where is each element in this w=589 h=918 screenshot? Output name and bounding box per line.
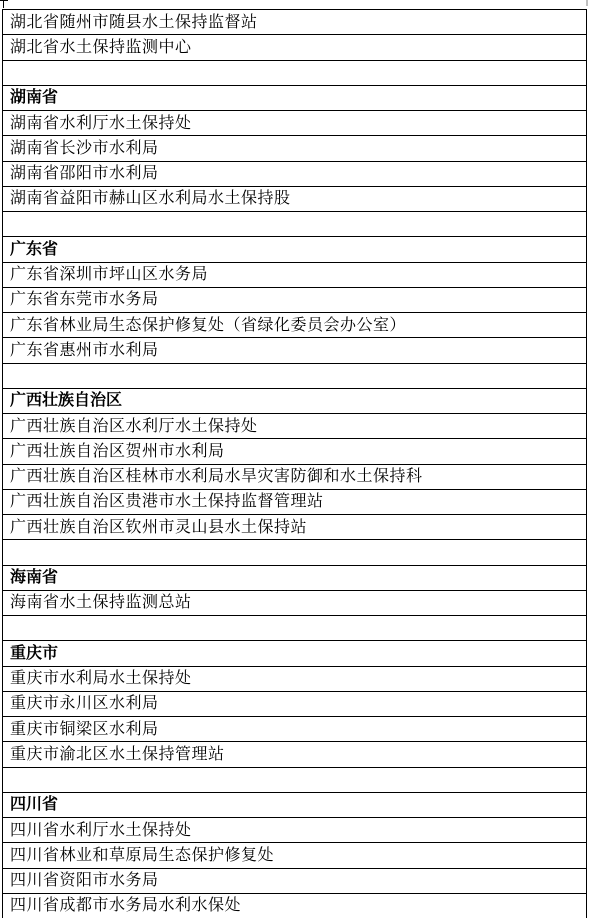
table-row: 湖南省邵阳市水利局 — [3, 162, 586, 187]
table-row: 湖南省水利厅水土保持处 — [3, 111, 586, 136]
table-row: 广东省东莞市水务局 — [3, 288, 586, 313]
cell-text: 湖北省随州市随县水土保持监督站 — [10, 15, 258, 31]
section-header-row: 四川省 — [3, 793, 586, 818]
document-page: 湖北省随州市随县水土保持监督站湖北省水土保持监测中心湖南省湖南省水利厅水土保持处… — [0, 0, 589, 918]
spacer-row — [3, 212, 586, 237]
table-row: 重庆市渝北区水土保持管理站 — [3, 742, 586, 767]
cell-text: 四川省林业和草原局生态保护修复处 — [10, 848, 274, 864]
table-row: 广西壮族自治区贵港市水土保持监督管理站 — [3, 490, 586, 515]
cell-text: 广西壮族自治区钦州市灵山县水土保持站 — [10, 520, 307, 536]
spacer-row — [3, 540, 586, 565]
cell-text: 重庆市水利局水土保持处 — [10, 671, 192, 687]
cell-text: 广东省林业局生态保护修复处（省绿化委员会办公室） — [10, 318, 406, 334]
table-row: 湖南省长沙市水利局 — [3, 136, 586, 161]
cell-text: 四川省水利厅水土保持处 — [10, 823, 192, 839]
cell-text: 四川省资阳市水务局 — [10, 873, 159, 889]
cell-text: 重庆市铜梁区水利局 — [10, 722, 159, 738]
cell-text: 广东省深圳市坪山区水务局 — [10, 267, 208, 283]
cell-text: 湖北省水土保持监测中心 — [10, 40, 192, 56]
table-continuation-tick-right — [586, 0, 588, 6]
spacer-row — [3, 364, 586, 389]
table-row: 广东省深圳市坪山区水务局 — [3, 263, 586, 288]
section-header-row: 广东省 — [3, 237, 586, 262]
table-continuation-tick-left — [3, 0, 4, 8]
cell-text: 湖南省邵阳市水利局 — [10, 166, 159, 182]
section-header-label: 四川省 — [10, 797, 58, 813]
spacer-row — [3, 616, 586, 641]
table-row: 广东省林业局生态保护修复处（省绿化委员会办公室） — [3, 313, 586, 338]
cell-text: 广西壮族自治区贺州市水利局 — [10, 444, 225, 460]
cell-text: 四川省成都市水务局水利水保处 — [10, 898, 241, 914]
table-row: 重庆市水利局水土保持处 — [3, 667, 586, 692]
cell-text: 海南省水土保持监测总站 — [10, 595, 192, 611]
cell-text: 广西壮族自治区贵港市水土保持监督管理站 — [10, 494, 324, 510]
spacer-row — [3, 768, 586, 793]
section-header-row: 海南省 — [3, 566, 586, 591]
cell-text: 广东省东莞市水务局 — [10, 292, 159, 308]
table-row: 湖北省随州市随县水土保持监督站 — [3, 10, 586, 35]
table-row: 广西壮族自治区钦州市灵山县水土保持站 — [3, 515, 586, 540]
section-header-label: 海南省 — [10, 570, 58, 586]
table-row: 广西壮族自治区水利厅水土保持处 — [3, 414, 586, 439]
spacer-row — [3, 61, 586, 86]
cell-text: 广东省惠州市水利局 — [10, 343, 159, 359]
section-header-row: 广西壮族自治区 — [3, 389, 586, 414]
table-row: 广西壮族自治区贺州市水利局 — [3, 439, 586, 464]
table-row: 湖南省益阳市赫山区水利局水土保持股 — [3, 187, 586, 212]
table-row: 四川省林业和草原局生态保护修复处 — [3, 843, 586, 868]
section-header-label: 湖南省 — [10, 90, 58, 106]
section-header-row: 重庆市 — [3, 641, 586, 666]
cell-text: 广西壮族自治区水利厅水土保持处 — [10, 419, 258, 435]
table-row: 四川省成都市水务局水利水保处 — [3, 894, 586, 918]
cell-text: 重庆市渝北区水土保持管理站 — [10, 747, 225, 763]
table-continuation-tick-top — [0, 0, 8, 1]
cell-text: 湖南省水利厅水土保持处 — [10, 116, 192, 132]
table-row: 四川省资阳市水务局 — [3, 869, 586, 894]
cell-text: 重庆市永川区水利局 — [10, 696, 159, 712]
cell-text: 广西壮族自治区桂林市水利局水旱灾害防御和水土保持科 — [10, 469, 423, 485]
cell-text: 湖南省长沙市水利局 — [10, 141, 159, 157]
table-row: 湖北省水土保持监测中心 — [3, 35, 586, 60]
table-row: 广东省惠州市水利局 — [3, 338, 586, 363]
table-row: 海南省水土保持监测总站 — [3, 591, 586, 616]
cell-text: 湖南省益阳市赫山区水利局水土保持股 — [10, 191, 291, 207]
section-header-label: 重庆市 — [10, 646, 58, 662]
table-row: 重庆市永川区水利局 — [3, 692, 586, 717]
section-header-row: 湖南省 — [3, 86, 586, 111]
table-row: 四川省水利厅水土保持处 — [3, 818, 586, 843]
table-row: 重庆市铜梁区水利局 — [3, 717, 586, 742]
organization-table: 湖北省随州市随县水土保持监督站湖北省水土保持监测中心湖南省湖南省水利厅水土保持处… — [2, 9, 587, 918]
section-header-label: 广东省 — [10, 242, 58, 258]
section-header-label: 广西壮族自治区 — [10, 393, 122, 409]
table-row: 广西壮族自治区桂林市水利局水旱灾害防御和水土保持科 — [3, 465, 586, 490]
